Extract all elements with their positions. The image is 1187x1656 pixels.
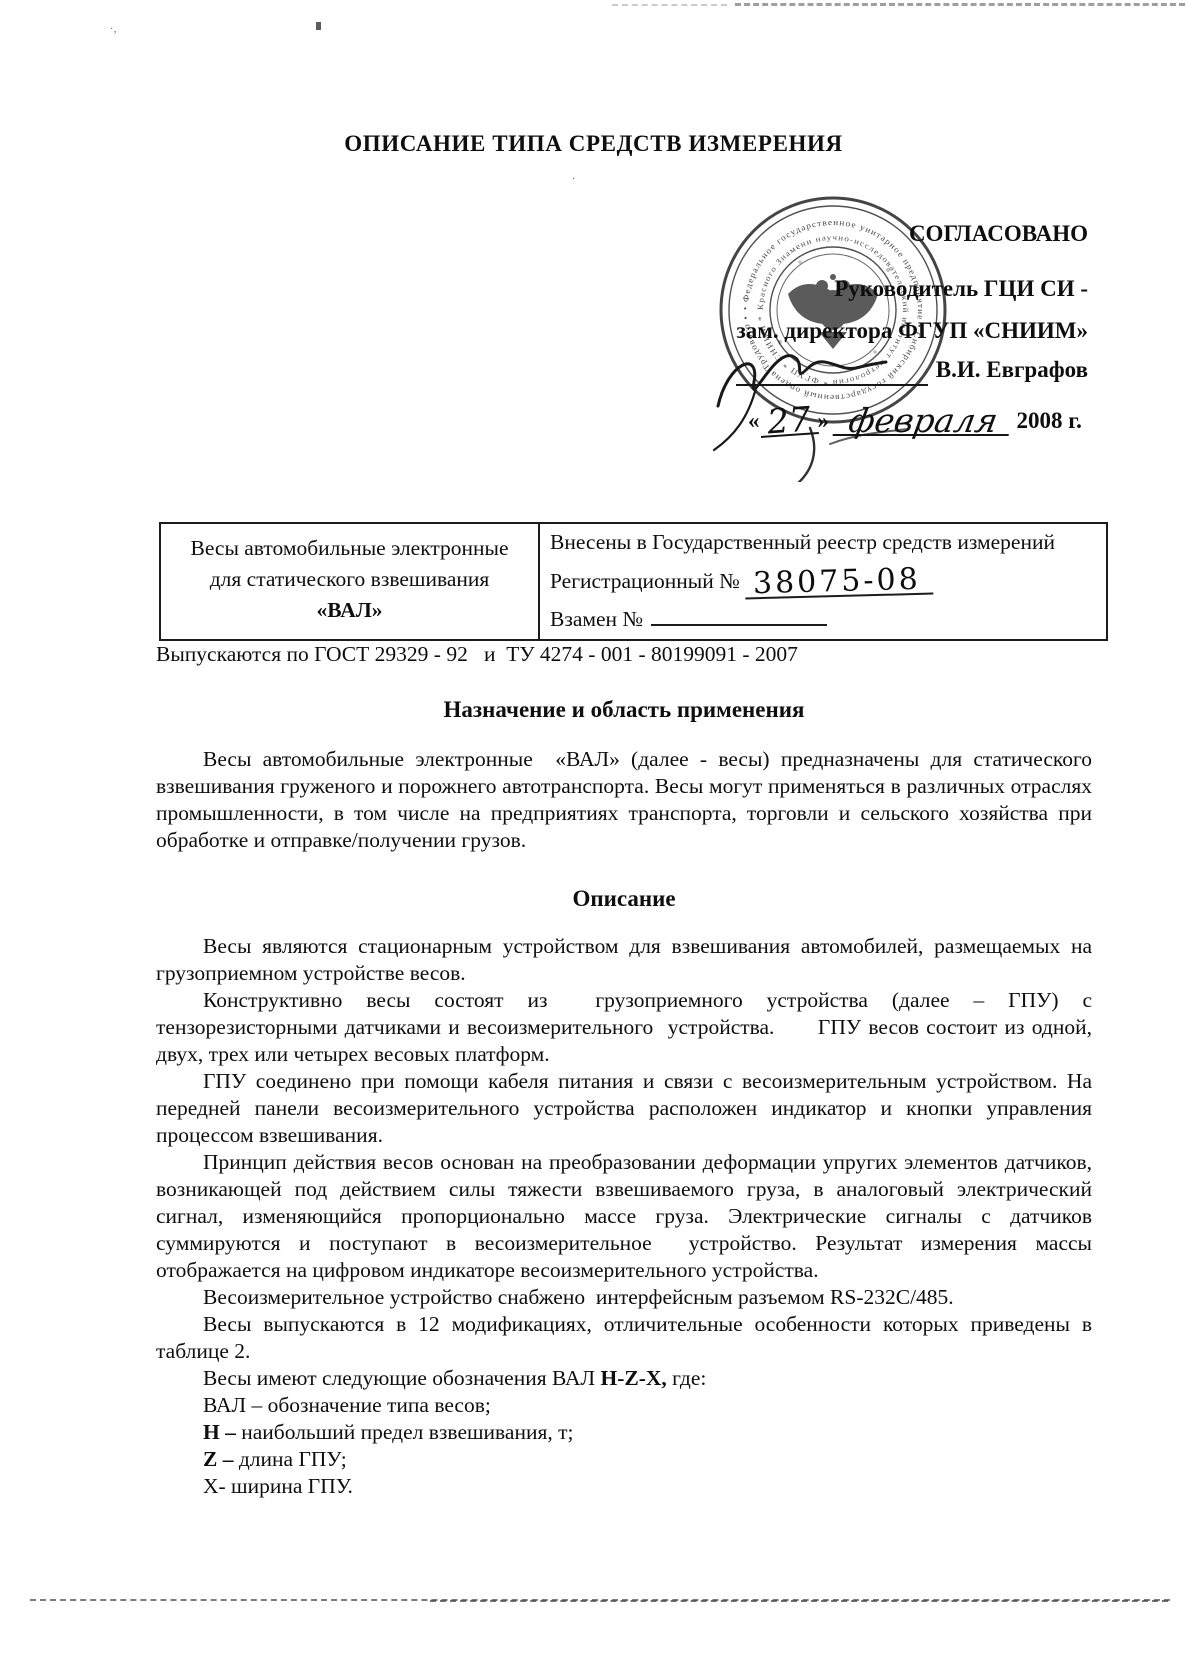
designation-item-text: ВАЛ – обозначение типа весов; [203, 1393, 491, 1417]
designation-intro-bold: Н-Z-X, [600, 1366, 666, 1390]
registry-table: Весы автомобильные электронные для стати… [159, 522, 1108, 641]
registry-entry-line: Внесены в Государственный реестр средств… [550, 529, 1106, 556]
paragraph-description-1: Весы являются стационарным устройством д… [156, 933, 1092, 987]
designation-item: Х- ширина ГПУ. [156, 1473, 1092, 1500]
scan-speck: ·‚ [110, 24, 117, 35]
svg-text:• Федеральное государственное: • Федеральное государственное унитарное … [740, 217, 926, 403]
designation-intro-post: где: [667, 1366, 707, 1390]
handwritten-registration-number: 38075-08 [745, 567, 933, 600]
approval-role-line1: Руководитель ГЦИ СИ - [834, 276, 1088, 302]
paragraph-purpose: Весы автомобильные электронные «ВАЛ» (да… [156, 746, 1092, 854]
handwritten-month: февраля [832, 408, 1013, 436]
registration-label: Регистрационный № [550, 569, 740, 593]
handwritten-day: 27 [759, 406, 819, 438]
device-name-line1: Весы автомобильные электронные [161, 533, 538, 564]
signature-line [736, 384, 928, 386]
paragraph-description-3: ГПУ соединено при помощи кабеля питания … [156, 1068, 1092, 1149]
paragraph-description-5: Весоизмерительное устройство снабжено ин… [156, 1284, 1092, 1311]
approval-signer-name: В.И. Евграфов [936, 357, 1088, 383]
scan-artifact-top-dashes [735, 3, 1185, 6]
designation-item: ВАЛ – обозначение типа весов; [156, 1392, 1092, 1419]
seal-ring-text-outer: • Федеральное государственное унитарное … [740, 217, 926, 403]
device-name-line3: «ВАЛ» [161, 595, 538, 626]
device-name-cell: Весы автомобильные электронные для стати… [161, 524, 540, 639]
designation-item-bold: Z – [203, 1447, 233, 1471]
document-page: ·‚ · ОПИСАНИЕ ТИПА СРЕДСТВ ИЗМЕРЕНИЯ • Ф… [0, 0, 1187, 1656]
scan-artifact-bottom-dashes-dark [430, 1600, 1168, 1602]
designation-item: Н – наибольший предел взвешивания, т; [156, 1419, 1092, 1446]
approval-date: «27» февраля 2008 г. [748, 408, 1082, 436]
seal-ring-text-inner: Красного Знамени научно-исследовательски… [756, 233, 910, 387]
section-heading-purpose: Назначение и область применения [156, 695, 1092, 725]
designation-item-bold: Н – [203, 1420, 236, 1444]
designation-item-text: длина ГПУ; [233, 1447, 346, 1471]
scan-speck [316, 22, 321, 30]
section-heading-description: Описание [156, 884, 1092, 914]
paragraph-description-2: Конструктивно весы состоят из грузоприем… [156, 987, 1092, 1068]
svg-text:Красного Знамени научно-исслед: Красного Знамени научно-исследовательски… [756, 233, 910, 387]
document-body: Выпускаются по ГОСТ 29329 - 92 и ТУ 4274… [156, 641, 1092, 1500]
designation-item-text: наибольший предел взвешивания, т; [236, 1420, 574, 1444]
designation-intro: Весы имеют следующие обозначения ВАЛ Н-Z… [156, 1365, 1092, 1392]
replaces-blank-line [651, 605, 827, 626]
approval-status: СОГЛАСОВАНО [909, 221, 1088, 247]
standards-line: Выпускаются по ГОСТ 29329 - 92 и ТУ 4274… [156, 641, 1092, 668]
date-close-quote: » [818, 408, 830, 433]
designation-intro-pre: Весы имеют следующие обозначения ВАЛ [203, 1366, 600, 1390]
scan-speck: · [572, 174, 575, 185]
replaces-label: Взамен № [550, 607, 643, 631]
designation-item-text: Х- ширина ГПУ. [203, 1474, 353, 1498]
replaces-line: Взамен № [550, 604, 1106, 634]
scan-artifact-top-dashes-light [612, 4, 727, 6]
registry-info-cell: Внесены в Государственный реестр средств… [540, 524, 1106, 639]
paragraph-description-4: Принцип действия весов основан на преобр… [156, 1149, 1092, 1284]
device-name-line2: для статического взвешивания [161, 564, 538, 595]
date-year: 2008 г. [1017, 408, 1082, 433]
paragraph-description-6: Весы выпускаются в 12 модификациях, отли… [156, 1311, 1092, 1365]
document-title: ОПИСАНИЕ ТИПА СРЕДСТВ ИЗМЕРЕНИЯ [0, 131, 1187, 157]
date-open-quote: « [748, 408, 760, 433]
designation-item: Z – длина ГПУ; [156, 1446, 1092, 1473]
approval-role-line2: зам. директора ФГУП «СНИИМ» [737, 318, 1088, 344]
registration-number-line: Регистрационный № 38075-08 [550, 566, 1106, 597]
